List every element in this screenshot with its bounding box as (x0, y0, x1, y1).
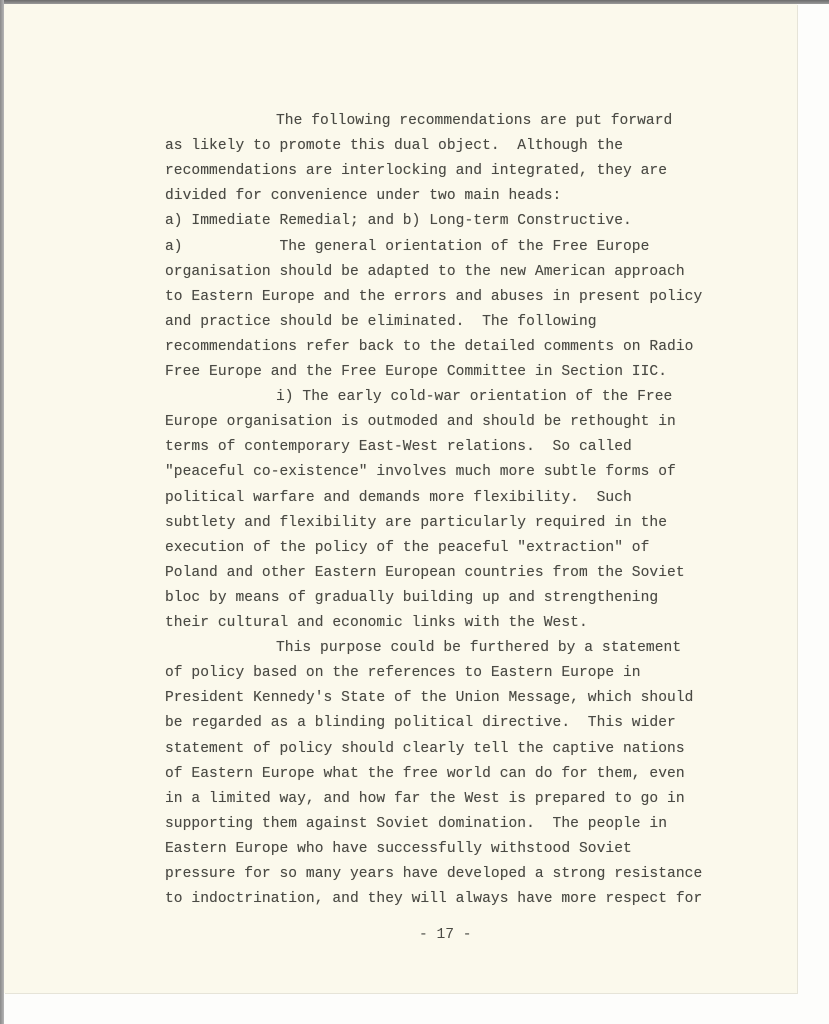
text-line: in a limited way, and how far the West i… (165, 789, 685, 809)
text-line: of Eastern Europe what the free world ca… (165, 764, 685, 784)
text-line: a) Immediate Remedial; and b) Long-term … (165, 211, 632, 231)
text-line: recommendations are interlocking and int… (165, 161, 667, 181)
text-line: a) The general orientation of the Free E… (165, 237, 649, 257)
text-line: Europe organisation is outmoded and shou… (165, 412, 676, 432)
text-line: statement of policy should clearly tell … (165, 739, 685, 759)
text-line: The following recommendations are put fo… (276, 111, 672, 131)
text-line: bloc by means of gradually building up a… (165, 588, 658, 608)
text-line: and practice should be eliminated. The f… (165, 312, 597, 332)
text-line: political warfare and demands more flexi… (165, 488, 632, 508)
text-line: pressure for so many years have develope… (165, 864, 702, 884)
text-line: Poland and other Eastern European countr… (165, 563, 685, 583)
text-line: of policy based on the references to Eas… (165, 663, 641, 683)
text-line: their cultural and economic links with t… (165, 613, 588, 633)
document-page: The following recommendations are put fo… (4, 4, 797, 993)
text-line: organisation should be adapted to the ne… (165, 262, 685, 282)
text-line: terms of contemporary East-West relation… (165, 437, 632, 457)
text-line: execution of the policy of the peaceful … (165, 538, 649, 558)
text-line: Eastern Europe who have successfully wit… (165, 839, 632, 859)
text-line: to indoctrination, and they will always … (165, 889, 702, 909)
text-line: supporting them against Soviet dominatio… (165, 814, 667, 834)
text-line: to Eastern Europe and the errors and abu… (165, 287, 702, 307)
text-line: divided for convenience under two main h… (165, 186, 561, 206)
text-line: This purpose could be furthered by a sta… (276, 638, 681, 658)
page-number: - 17 - (419, 927, 472, 943)
text-line: i) The early cold-war orientation of the… (276, 387, 672, 407)
text-line: be regarded as a blinding political dire… (165, 713, 676, 733)
text-line: subtlety and flexibility are particularl… (165, 513, 667, 533)
text-line: "peaceful co-existence" involves much mo… (165, 462, 676, 482)
text-line: as likely to promote this dual object. A… (165, 136, 623, 156)
text-line: President Kennedy's State of the Union M… (165, 688, 693, 708)
text-line: Free Europe and the Free Europe Committe… (165, 362, 667, 382)
text-line: recommendations refer back to the detail… (165, 337, 693, 357)
